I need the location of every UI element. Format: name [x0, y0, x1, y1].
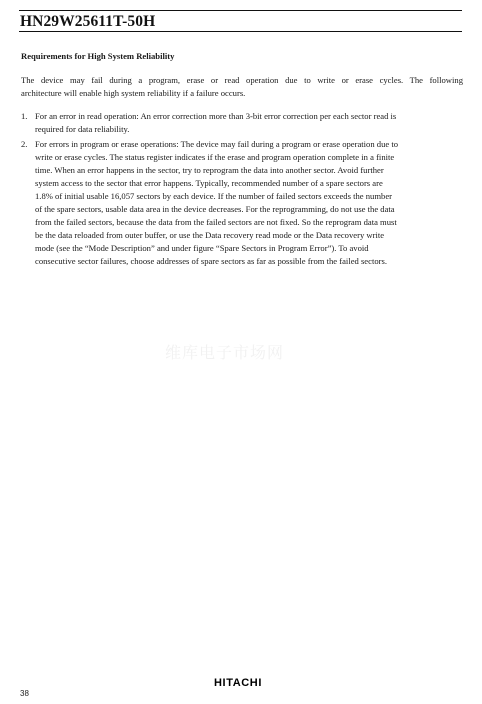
text-line: For an error in read operation: An error…	[35, 110, 463, 123]
text-line: system access to the sector that error h…	[35, 177, 463, 190]
list-item: 1. For an error in read operation: An er…	[21, 110, 463, 136]
text-line: required for data reliability.	[35, 123, 463, 136]
intro-line: The device may fail during a program, er…	[21, 74, 463, 87]
reliability-requirements-list: 1. For an error in read operation: An er…	[21, 110, 463, 270]
text-line: mode (see the “Mode Description” and und…	[35, 242, 463, 255]
page-number: 38	[20, 689, 29, 699]
list-item-text: For an error in read operation: An error…	[35, 110, 463, 136]
text-line: consecutive sector failures, choose addr…	[35, 255, 463, 268]
document-page: HN29W25611T-50H Requirements for High Sy…	[0, 0, 482, 704]
hitachi-logo: HITACHI	[214, 677, 262, 689]
header-bottom-rule	[19, 31, 462, 32]
text-line: time. When an error happens in the secto…	[35, 164, 463, 177]
intro-line: architecture will enable high system rel…	[21, 87, 463, 100]
text-line: be the data reloaded from outer buffer, …	[35, 229, 463, 242]
section-heading: Requirements for High System Reliability	[21, 50, 174, 62]
text-line: 1.8% of initial usable 16,057 sectors by…	[35, 190, 463, 203]
watermark: 维库电子市场网	[165, 340, 284, 363]
list-item-text: For errors in program or erase operation…	[35, 138, 463, 268]
list-item-number: 1.	[21, 110, 27, 123]
text-line: from the failed sectors, because the dat…	[35, 216, 463, 229]
list-item: 2. For errors in program or erase operat…	[21, 138, 463, 268]
text-line: For errors in program or erase operation…	[35, 138, 463, 151]
intro-paragraph: The device may fail during a program, er…	[21, 74, 463, 100]
list-item-number: 2.	[21, 138, 27, 151]
text-line: write or erase cycles. The status regist…	[35, 151, 463, 164]
document-title: HN29W25611T-50H	[20, 13, 155, 30]
header-top-rule	[19, 10, 462, 11]
text-line: of the spare sectors, usable data area i…	[35, 203, 463, 216]
